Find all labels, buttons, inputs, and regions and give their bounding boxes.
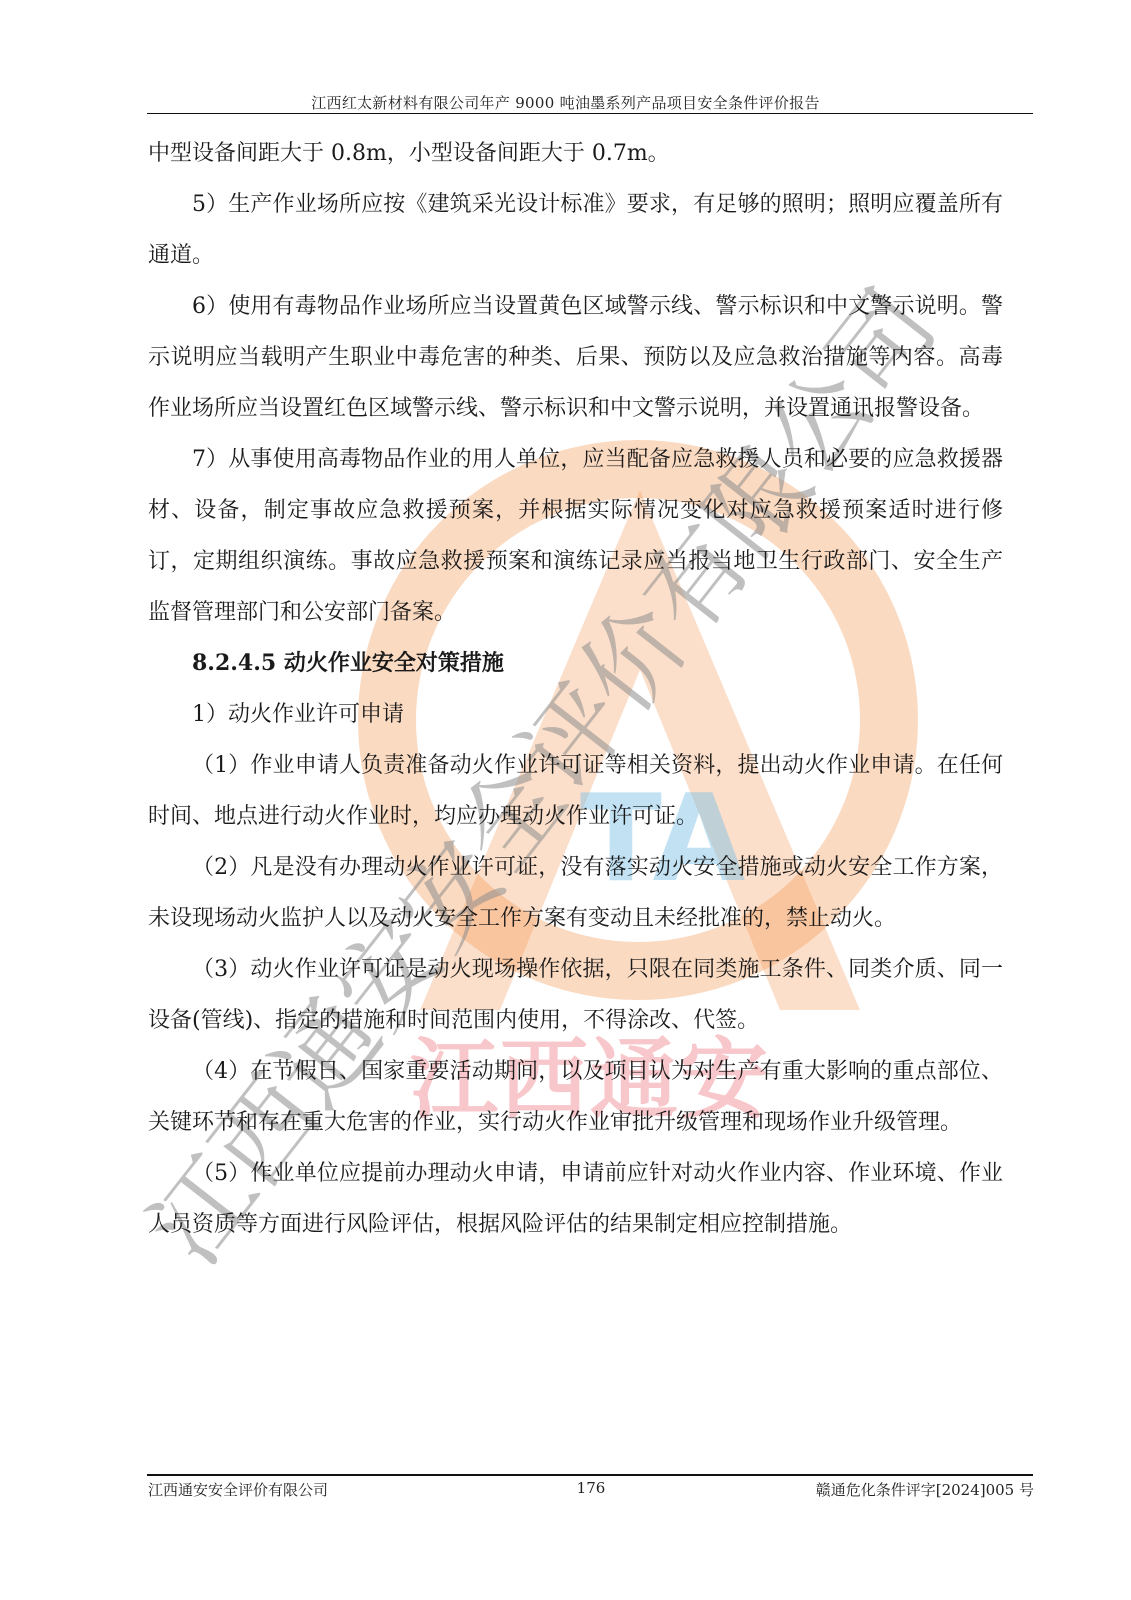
- footer-divider: [147, 1474, 1033, 1476]
- page-header-title: 江西红太新材料有限公司年产 9000 吨油墨系列产品项目安全条件评价报告: [0, 92, 1131, 113]
- paragraph-clause-2: （2）凡是没有办理动火作业许可证，没有落实动火安全措施或动火安全工作方案，未设现…: [148, 842, 1003, 944]
- section-heading: 8.2.4.5 动火作业安全对策措施: [148, 638, 1003, 689]
- header-divider: [147, 113, 1033, 114]
- paragraph-item-7: 7）从事使用高毒物品作业的用人单位，应当配备应急救援人员和必要的应急救援器材、设…: [148, 434, 1003, 638]
- paragraph-item-6: 6）使用有毒物品作业场所应当设置黄色区域警示线、警示标识和中文警示说明。警示说明…: [148, 281, 1003, 434]
- paragraph-clause-1: （1）作业申请人负责准备动火作业许可证等相关资料，提出动火作业申请。在任何时间、…: [148, 740, 1003, 842]
- paragraph-clause-3: （3）动火作业许可证是动火现场操作依据，只限在同类施工条件、同类介质、同一设备(…: [148, 944, 1003, 1046]
- paragraph-subheading-1: 1）动火作业许可申请: [148, 689, 1003, 740]
- paragraph-clause-5: （5）作业单位应提前办理动火申请，申请前应针对动火作业内容、作业环境、作业人员资…: [148, 1148, 1003, 1250]
- document-body: 中型设备间距大于 0.8m，小型设备间距大于 0.7m。 5）生产作业场所应按《…: [148, 128, 1003, 1250]
- paragraph-continuation: 中型设备间距大于 0.8m，小型设备间距大于 0.7m。: [148, 128, 1003, 179]
- footer-doc-number: 赣通危化条件评字[2024]005 号: [816, 1479, 1034, 1500]
- paragraph-item-5: 5）生产作业场所应按《建筑采光设计标准》要求，有足够的照明；照明应覆盖所有通道。: [148, 179, 1003, 281]
- paragraph-clause-4: （4）在节假日、国家重要活动期间，以及项目认为对生产有重大影响的重点部位、关键环…: [148, 1046, 1003, 1148]
